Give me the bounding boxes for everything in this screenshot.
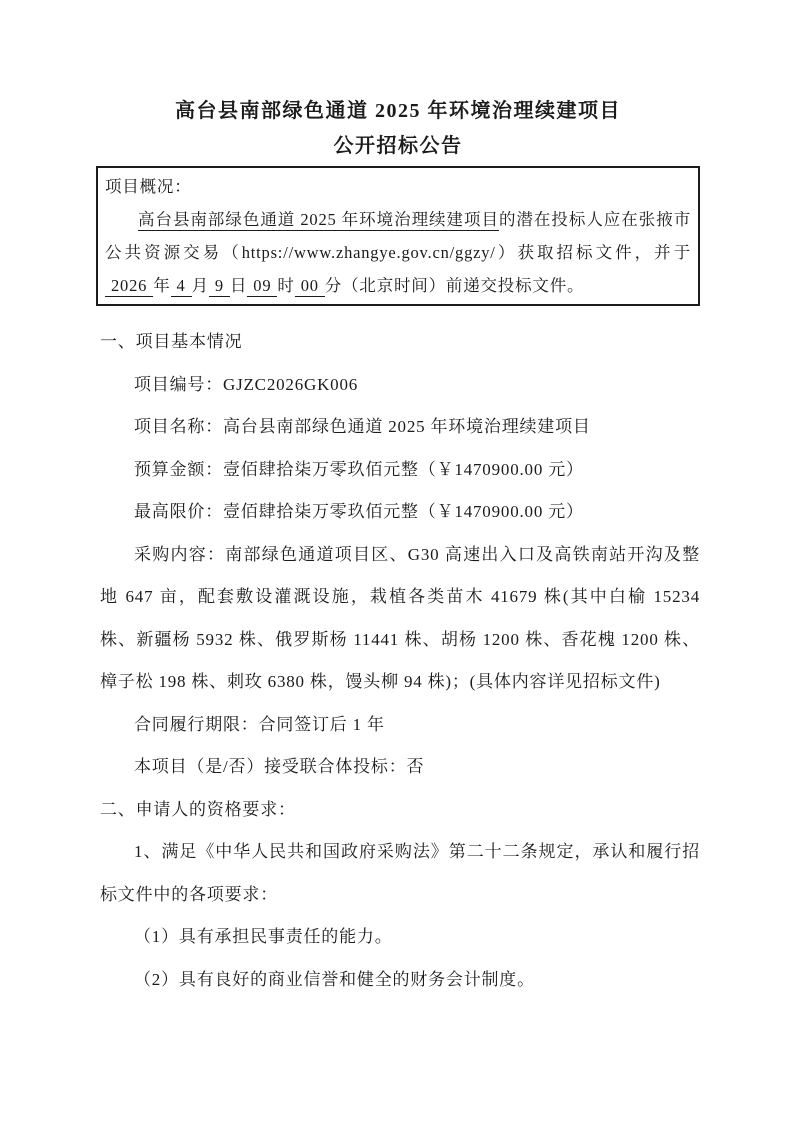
section2-heading: 二、申请人的资格要求： — [100, 789, 700, 832]
project-overview-box: 项目概况： 高台县南部绿色通道 2025 年环境治理续建项目的潜在投标人应在张掖… — [96, 166, 700, 306]
project-name-underlined: 高台县南部绿色通道 2025 年环境治理续建项目 — [138, 210, 499, 231]
deadline-year-value: 2026 — [105, 276, 153, 297]
budget-amount-line: 预算金额：壹佰肆拾柒万零玖佰元整（￥1470900.00 元） — [100, 449, 700, 492]
deadline-trailing-text: 分（北京时间）前递交投标文件。 — [325, 276, 585, 295]
document-title-line2: 公开招标公告 — [96, 129, 700, 164]
document-title-line1: 高台县南部绿色通道 2025 年环境治理续建项目 — [96, 94, 700, 129]
day-label: 日 — [230, 276, 247, 295]
year-label: 年 — [153, 276, 170, 295]
project-name-line: 项目名称：高台县南部绿色通道 2025 年环境治理续建项目 — [100, 406, 700, 449]
deadline-month-value: 4 — [171, 276, 192, 297]
consortium-bid-line: 本项目（是/否）接受联合体投标：否 — [100, 746, 700, 789]
month-label: 月 — [192, 276, 209, 295]
max-price-line: 最高限价：壹佰肆拾柒万零玖佰元整（￥1470900.00 元） — [100, 491, 700, 534]
qualification-intro-paragraph: 1、满足《中华人民共和国政府采购法》第二十二条规定，承认和履行招标文件中的各项要… — [100, 831, 700, 916]
hour-label: 时 — [277, 276, 294, 295]
deadline-hour-value: 09 — [247, 276, 277, 297]
section1-heading: 一、项目基本情况 — [100, 321, 700, 364]
overview-label: 项目概况： — [105, 170, 691, 203]
qualification-item-1: （1）具有承担民事责任的能力。 — [100, 916, 700, 959]
project-number-line: 项目编号：GJZC2026GK006 — [100, 364, 700, 407]
document-title: 高台县南部绿色通道 2025 年环境治理续建项目 公开招标公告 — [96, 94, 700, 164]
deadline-minute-value: 00 — [295, 276, 325, 297]
qualification-item-2: （2）具有良好的商业信誉和健全的财务会计制度。 — [100, 959, 700, 1002]
document-page: 高台县南部绿色通道 2025 年环境治理续建项目 公开招标公告 项目概况： 高台… — [0, 0, 793, 1122]
contract-period-line: 合同履行期限：合同签订后 1 年 — [100, 704, 700, 747]
procurement-content-paragraph: 采购内容：南部绿色通道项目区、G30 高速出入口及高铁南站开沟及整地 647 亩… — [100, 534, 700, 704]
deadline-day-value: 9 — [209, 276, 230, 297]
document-body: 一、项目基本情况 项目编号：GJZC2026GK006 项目名称：高台县南部绿色… — [100, 321, 700, 1001]
overview-paragraph: 高台县南部绿色通道 2025 年环境治理续建项目的潜在投标人应在张掖市公共资源交… — [105, 203, 691, 302]
